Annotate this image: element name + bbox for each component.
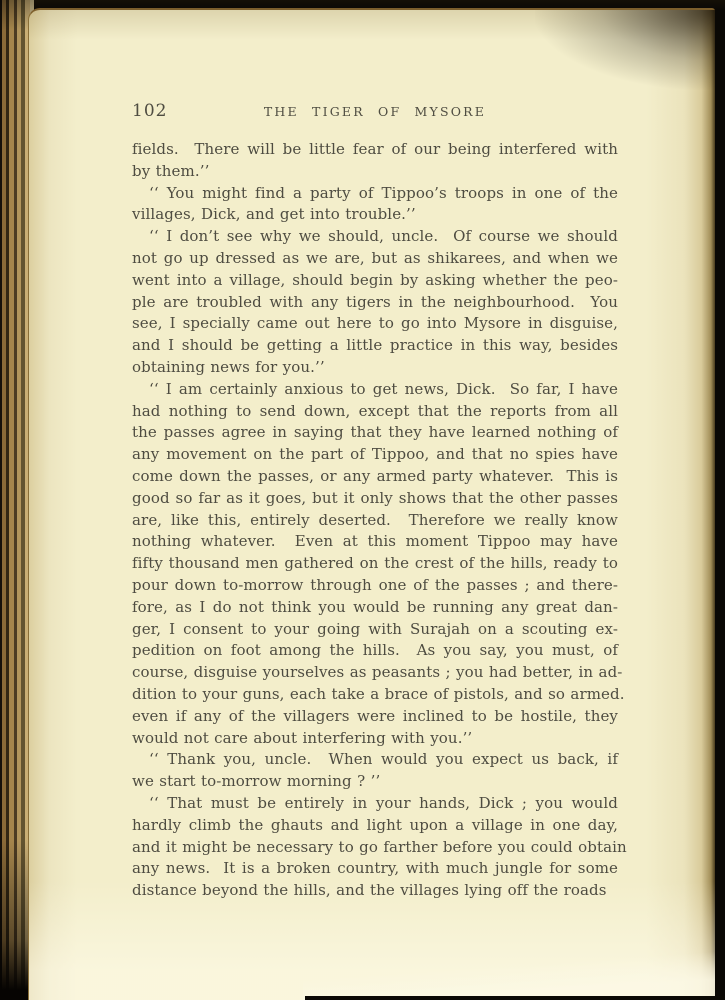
text-line: villages, Dick, and get into trouble.’’ [132, 204, 618, 226]
page-number: 102 [132, 101, 167, 121]
text-line: any movement on the part of Tippoo, and … [132, 444, 618, 466]
text-line: by them.’’ [132, 161, 618, 183]
text-line: ple are troubled with any tigers in the … [132, 292, 618, 314]
text-line: and I should be getting a little practic… [132, 335, 618, 357]
text-line: not go up dressed as we are, but as shik… [132, 248, 618, 270]
text-line: went into a village, should begin by ask… [132, 270, 618, 292]
page-header: 102 THE TIGER OF MYSORE [132, 101, 618, 119]
text-line: ‘‘ You might find a party of Tippoo’s tr… [132, 183, 618, 205]
text-line: see, I specially came out here to go int… [132, 313, 618, 335]
text-line: hardly climb the ghauts and light upon a… [132, 815, 618, 837]
text-line: distance beyond the hills, and the villa… [132, 880, 618, 902]
text-line: even if any of the villagers were inclin… [132, 706, 618, 728]
text-line: the passes agree in saying that they hav… [132, 422, 618, 444]
text-line: pour down to-morrow through one of the p… [132, 575, 618, 597]
text-line: come down the passes, or any armed party… [132, 466, 618, 488]
text-line: nothing whatever. Even at this moment Ti… [132, 531, 618, 553]
text-line: ‘‘ I am certainly anxious to get news, D… [132, 379, 618, 401]
text-line: course, disguise yourselves as peasants … [132, 662, 618, 684]
text-line: we start to-morrow morning ? ’’ [132, 771, 618, 793]
book-scan: 102 THE TIGER OF MYSORE fields. There wi… [0, 0, 725, 1000]
page-content: 102 THE TIGER OF MYSORE fields. There wi… [132, 101, 618, 902]
running-header: THE TIGER OF MYSORE [264, 104, 486, 119]
text-line: good so far as it goes, but it only show… [132, 488, 618, 510]
text-line: dition to your guns, each take a brace o… [132, 684, 618, 706]
text-line: would not care about interfering with yo… [132, 728, 618, 750]
text-line: fields. There will be little fear of our… [132, 139, 618, 161]
text-line: pedition on foot among the hills. As you… [132, 640, 618, 662]
text-line: ‘‘ That must be entirely in your hands, … [132, 793, 618, 815]
text-line: obtaining news for you.’’ [132, 357, 618, 379]
text-block: fields. There will be little fear of our… [132, 139, 618, 902]
text-line: any news. It is a broken country, with m… [132, 858, 618, 880]
text-line: and it might be necessary to go farther … [132, 837, 618, 859]
text-line: fore, as I do not think you would be run… [132, 597, 618, 619]
text-line: ger, I consent to your going with Suraja… [132, 619, 618, 641]
text-line: had nothing to send down, except that th… [132, 401, 618, 423]
book-page: 102 THE TIGER OF MYSORE fields. There wi… [28, 8, 715, 1000]
text-line: fifty thousand men gathered on the crest… [132, 553, 618, 575]
bottom-shadow [305, 996, 725, 1000]
text-line: ‘‘ Thank you, uncle. When would you expe… [132, 749, 618, 771]
text-line: ‘‘ I don’t see why we should, uncle. Of … [132, 226, 618, 248]
text-line: are, like this, entirely deserted. There… [132, 510, 618, 532]
